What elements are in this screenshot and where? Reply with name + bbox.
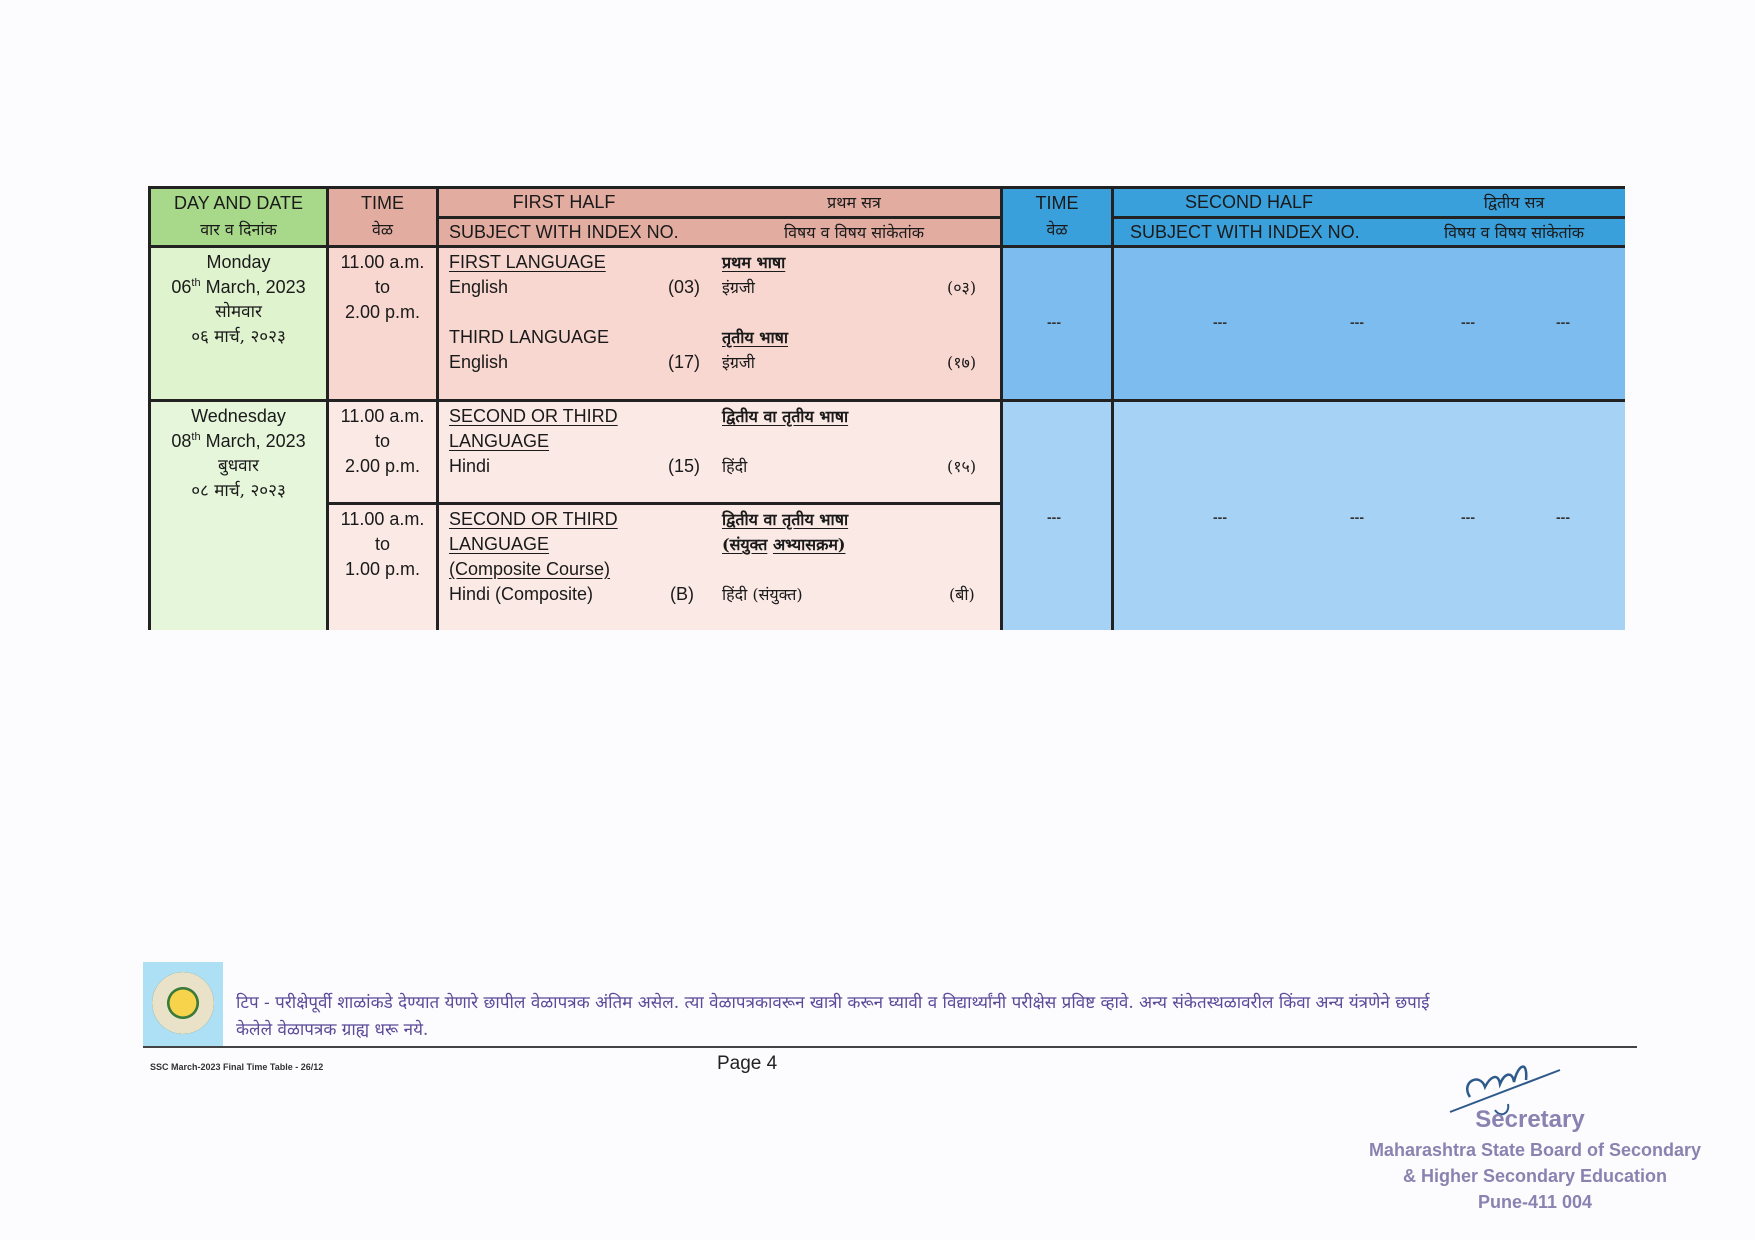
date-day: 06 xyxy=(171,277,191,297)
subject-name-mr: इंग्रजी xyxy=(722,350,755,375)
empty-marker: --- xyxy=(1461,509,1475,525)
date-day: 08 xyxy=(171,431,191,451)
note-line-2: केलेले वेळापत्रक ग्राह्य धरू नये. xyxy=(236,1017,428,1044)
subject-heading-en-3: (Composite Course) xyxy=(449,557,610,582)
empty-marker: --- xyxy=(1047,314,1061,330)
subject-code-en: (B) xyxy=(670,582,694,607)
time-to: 1.00 p.m. xyxy=(329,557,436,582)
row-wednesday-slot1-subject: SECOND OR THIRD LANGUAGE द्वितीय वा तृती… xyxy=(439,402,1003,505)
subject-code-en: (03) xyxy=(668,275,700,300)
header-second-half-en: SECOND HALF xyxy=(1114,190,1384,215)
subject-heading-mr: प्रथम भाषा xyxy=(722,250,785,275)
header-day-date-mr: वार व दिनांक xyxy=(151,217,326,242)
empty-marker: --- xyxy=(1556,314,1570,330)
row-monday-subjects: FIRST LANGUAGE प्रथम भाषा English (03) इ… xyxy=(439,248,1003,402)
subject-heading-en: THIRD LANGUAGE xyxy=(449,325,609,350)
empty-marker: --- xyxy=(1213,509,1227,525)
day-en: Monday xyxy=(151,250,326,275)
date-en: 08th March, 2023 xyxy=(151,429,326,454)
empty-marker: --- xyxy=(1556,509,1570,525)
subject-heading-mr-2: (संयुक्त अभ्यासक्रम) xyxy=(722,532,846,557)
note-line-1: टिप - परीक्षेपूर्वी शाळांकडे देण्यात येण… xyxy=(236,990,1430,1017)
subject-code-mr: (०३) xyxy=(947,275,976,300)
time-from: 11.00 a.m. xyxy=(329,507,436,532)
time-to-word: to xyxy=(329,429,436,454)
stamp-line-3: Pune-411 004 xyxy=(1345,1192,1725,1213)
header-first-half-en: FIRST HALF xyxy=(439,190,689,215)
subject-name-mr: हिंदी xyxy=(722,454,747,479)
subject-code-mr: (१५) xyxy=(947,454,976,479)
subject-name-en: Hindi (Composite) xyxy=(449,582,593,607)
row-wednesday-second-half: --- --- --- --- xyxy=(1114,402,1625,630)
board-logo xyxy=(143,962,223,1046)
row-monday-time2: --- xyxy=(1003,248,1114,402)
header-subject2-mr: विषय व विषय सांकेतांक xyxy=(1404,220,1624,245)
header-time-mr: वेळ xyxy=(329,217,436,242)
header-subject: SUBJECT WITH INDEX NO. विषय व विषय सांके… xyxy=(439,219,1003,248)
header-subject-mr: विषय व विषय सांकेतांक xyxy=(709,220,999,245)
subject-code-en: (15) xyxy=(668,454,700,479)
page-number: Page 4 xyxy=(717,1053,777,1075)
stamp-title: Secretary xyxy=(1460,1106,1600,1134)
subject-heading-mr: तृतीय भाषा xyxy=(722,325,788,350)
date-mr: ०६ मार्च, २०२३ xyxy=(151,325,326,350)
board-emblem-icon xyxy=(152,972,214,1034)
subject-heading-mr: द्वितीय वा तृतीय भाषा xyxy=(722,507,848,532)
subject-name-en: Hindi xyxy=(449,454,490,479)
subject-code-mr: (बी) xyxy=(949,582,975,607)
row-wednesday-slot2-time: 11.00 a.m. to 1.00 p.m. xyxy=(329,505,439,630)
header-first-half-mr: प्रथम सत्र xyxy=(709,190,999,215)
subject-heading-en: FIRST LANGUAGE xyxy=(449,250,606,275)
day-en: Wednesday xyxy=(151,404,326,429)
subject-code-en: (17) xyxy=(668,350,700,375)
header-day-date-en: DAY AND DATE xyxy=(151,191,326,216)
header-time-en: TIME xyxy=(329,191,436,216)
empty-marker: --- xyxy=(1350,509,1364,525)
row-wednesday-slot2-subject: SECOND OR THIRD LANGUAGE (Composite Cour… xyxy=(439,505,1003,630)
header-subject2-en: SUBJECT WITH INDEX NO. xyxy=(1130,220,1360,245)
subject-name-en: English xyxy=(449,350,508,375)
subject-name-mr: हिंदी (संयुक्त) xyxy=(722,582,803,607)
row-monday-second-half: --- --- --- --- xyxy=(1114,248,1625,402)
header-second-half: SECOND HALF द्वितीय सत्र xyxy=(1114,189,1625,219)
time-to: 2.00 p.m. xyxy=(329,454,436,479)
row-monday-time: 11.00 a.m. to 2.00 p.m. xyxy=(329,248,439,402)
header-subject2: SUBJECT WITH INDEX NO. विषय व विषय सांके… xyxy=(1114,219,1625,248)
date-sup: th xyxy=(191,431,200,443)
header-day-date: DAY AND DATE वार व दिनांक xyxy=(151,189,329,248)
stamp-line-1: Maharashtra State Board of Secondary xyxy=(1345,1140,1725,1161)
time-to: 2.00 p.m. xyxy=(329,300,436,325)
subject-heading-mr-2b: अभ्यासक्रम) xyxy=(773,535,846,554)
subject-heading-en-2: LANGUAGE xyxy=(449,532,549,557)
row-wednesday-time2: --- xyxy=(1003,402,1114,630)
time-to-word: to xyxy=(329,275,436,300)
time-to-word: to xyxy=(329,532,436,557)
subject-name-en: English xyxy=(449,275,508,300)
footer-divider xyxy=(143,1046,1637,1048)
doc-label: SSC March-2023 Final Time Table - 26/12 xyxy=(150,1062,323,1072)
subject-name-mr: इंग्रजी xyxy=(722,275,755,300)
subject-code-mr: (१७) xyxy=(947,350,976,375)
empty-marker: --- xyxy=(1047,509,1061,525)
header-time2-mr: वेळ xyxy=(1003,217,1111,242)
header-first-half: FIRST HALF प्रथम सत्र xyxy=(439,189,1003,219)
row-monday-day: Monday 06th March, 2023 सोमवार ०६ मार्च,… xyxy=(151,248,329,402)
row-wednesday-day: Wednesday 08th March, 2023 बुधवार ०८ मार… xyxy=(151,402,329,630)
header-time: TIME वेळ xyxy=(329,189,439,248)
empty-marker: --- xyxy=(1461,314,1475,330)
header-time2-en: TIME xyxy=(1003,191,1111,216)
empty-marker: --- xyxy=(1213,314,1227,330)
header-time2: TIME वेळ xyxy=(1003,189,1114,248)
date-sup: th xyxy=(191,277,200,289)
subject-heading-en: SECOND OR THIRD xyxy=(449,507,618,532)
header-subject-en: SUBJECT WITH INDEX NO. xyxy=(449,220,679,245)
date-en: 06th March, 2023 xyxy=(151,275,326,300)
date-mr: ०८ मार्च, २०२३ xyxy=(151,479,326,504)
subject-heading-mr: द्वितीय वा तृतीय भाषा xyxy=(722,404,848,429)
subject-heading-mr-2a: (संयुक्त xyxy=(722,535,767,554)
day-mr: बुधवार xyxy=(151,454,326,479)
date-rest: March, 2023 xyxy=(201,431,306,451)
time-from: 11.00 a.m. xyxy=(329,404,436,429)
exam-timetable: DAY AND DATE वार व दिनांक TIME वेळ FIRST… xyxy=(148,186,1625,630)
header-second-half-mr: द्वितीय सत्र xyxy=(1404,190,1624,215)
row-wednesday-slot1-time: 11.00 a.m. to 2.00 p.m. xyxy=(329,402,439,505)
empty-marker: --- xyxy=(1350,314,1364,330)
subject-heading-en-2: LANGUAGE xyxy=(449,429,549,454)
subject-heading-en: SECOND OR THIRD xyxy=(449,404,618,429)
time-from: 11.00 a.m. xyxy=(329,250,436,275)
date-rest: March, 2023 xyxy=(201,277,306,297)
day-mr: सोमवार xyxy=(151,300,326,325)
stamp-line-2: & Higher Secondary Education xyxy=(1345,1166,1725,1187)
